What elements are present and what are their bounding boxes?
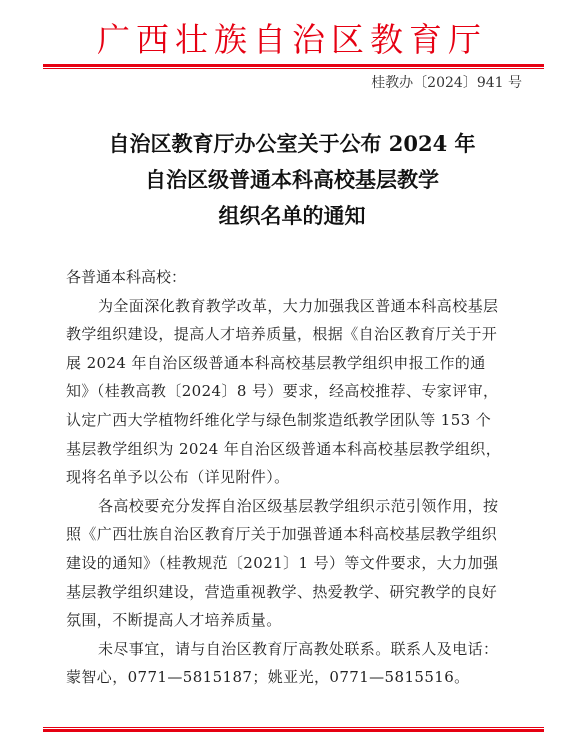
header-divider-thick xyxy=(43,64,544,67)
paragraph-requirements: 各高校要充分发挥自治区级基层教学组织示范引领作用，按 照《广西壮族自治区教育厅关… xyxy=(66,492,526,635)
paragraph-line: 各高校要充分发挥自治区级基层教学组织示范引领作用，按 xyxy=(66,492,526,521)
contact-info-line: 蒙智心，0771—5815187；姚亚光，0771—5815516。 xyxy=(66,663,526,692)
document-body: 各普通本科高校： 为全面深化教育教学改革，大力加强我区普通本科高校基层 教学组织… xyxy=(66,263,526,692)
header-divider xyxy=(43,64,544,69)
paragraph-line: 为全面深化教育教学改革，大力加强我区普通本科高校基层 xyxy=(66,292,526,321)
paragraph-line: 基层教学组织建设，营造重视教学、热爱教学、研究教学的良好 xyxy=(66,578,526,607)
paragraph-announcement: 为全面深化教育教学改革，大力加强我区普通本科高校基层 教学组织建设，提高人才培养… xyxy=(66,292,526,492)
paragraph-line: 未尽事宜，请与自治区教育厅高教处联系。联系人及电话： xyxy=(66,635,526,664)
issuer-title: 广西壮族自治区教育厅 xyxy=(0,18,584,62)
paragraph-line: 认定广西大学植物纤维化学与绿色制浆造纸教学团队等 153 个 xyxy=(66,406,526,435)
footer-divider-thin xyxy=(43,727,544,728)
paragraph-line: 照《广西壮族自治区教育厅关于加强普通本科高校基层教学组织 xyxy=(66,520,526,549)
paragraph-line: 现将名单予以公布（详见附件）。 xyxy=(66,463,526,492)
paragraph-line: 氛围，不断提高人才培养质量。 xyxy=(66,606,526,635)
paragraph-line: 教学组织建设，提高人才培养质量，根据《自治区教育厅关于开 xyxy=(66,320,526,349)
document-title-line: 组织名单的通知 xyxy=(0,198,584,234)
salutation: 各普通本科高校： xyxy=(66,263,526,292)
paragraph-line: 建设的通知》（桂教规范〔2021〕1 号）等文件要求，大力加强 xyxy=(66,549,526,578)
document-title-line: 自治区级普通本科高校基层教学 xyxy=(0,162,584,198)
paragraph-line: 知》（桂教高教〔2024〕8 号）要求，经高校推荐、专家评审， xyxy=(66,377,526,406)
footer-divider xyxy=(43,727,544,732)
document-number: 桂教办〔2024〕941 号 xyxy=(350,74,522,92)
paragraph-line: 基层教学组织为 2024 年自治区级普通本科高校基层教学组织， xyxy=(66,435,526,464)
paragraph-contact: 未尽事宜，请与自治区教育厅高教处联系。联系人及电话： 蒙智心，0771—5815… xyxy=(66,635,526,692)
document-title: 自治区教育厅办公室关于公布 2024 年 自治区级普通本科高校基层教学 组织名单… xyxy=(0,126,584,234)
header-divider-thin xyxy=(43,68,544,69)
paragraph-line: 展 2024 年自治区级普通本科高校基层教学组织申报工作的通 xyxy=(66,349,526,378)
document-title-line: 自治区教育厅办公室关于公布 2024 年 xyxy=(0,126,584,162)
footer-divider-thick xyxy=(43,729,544,732)
